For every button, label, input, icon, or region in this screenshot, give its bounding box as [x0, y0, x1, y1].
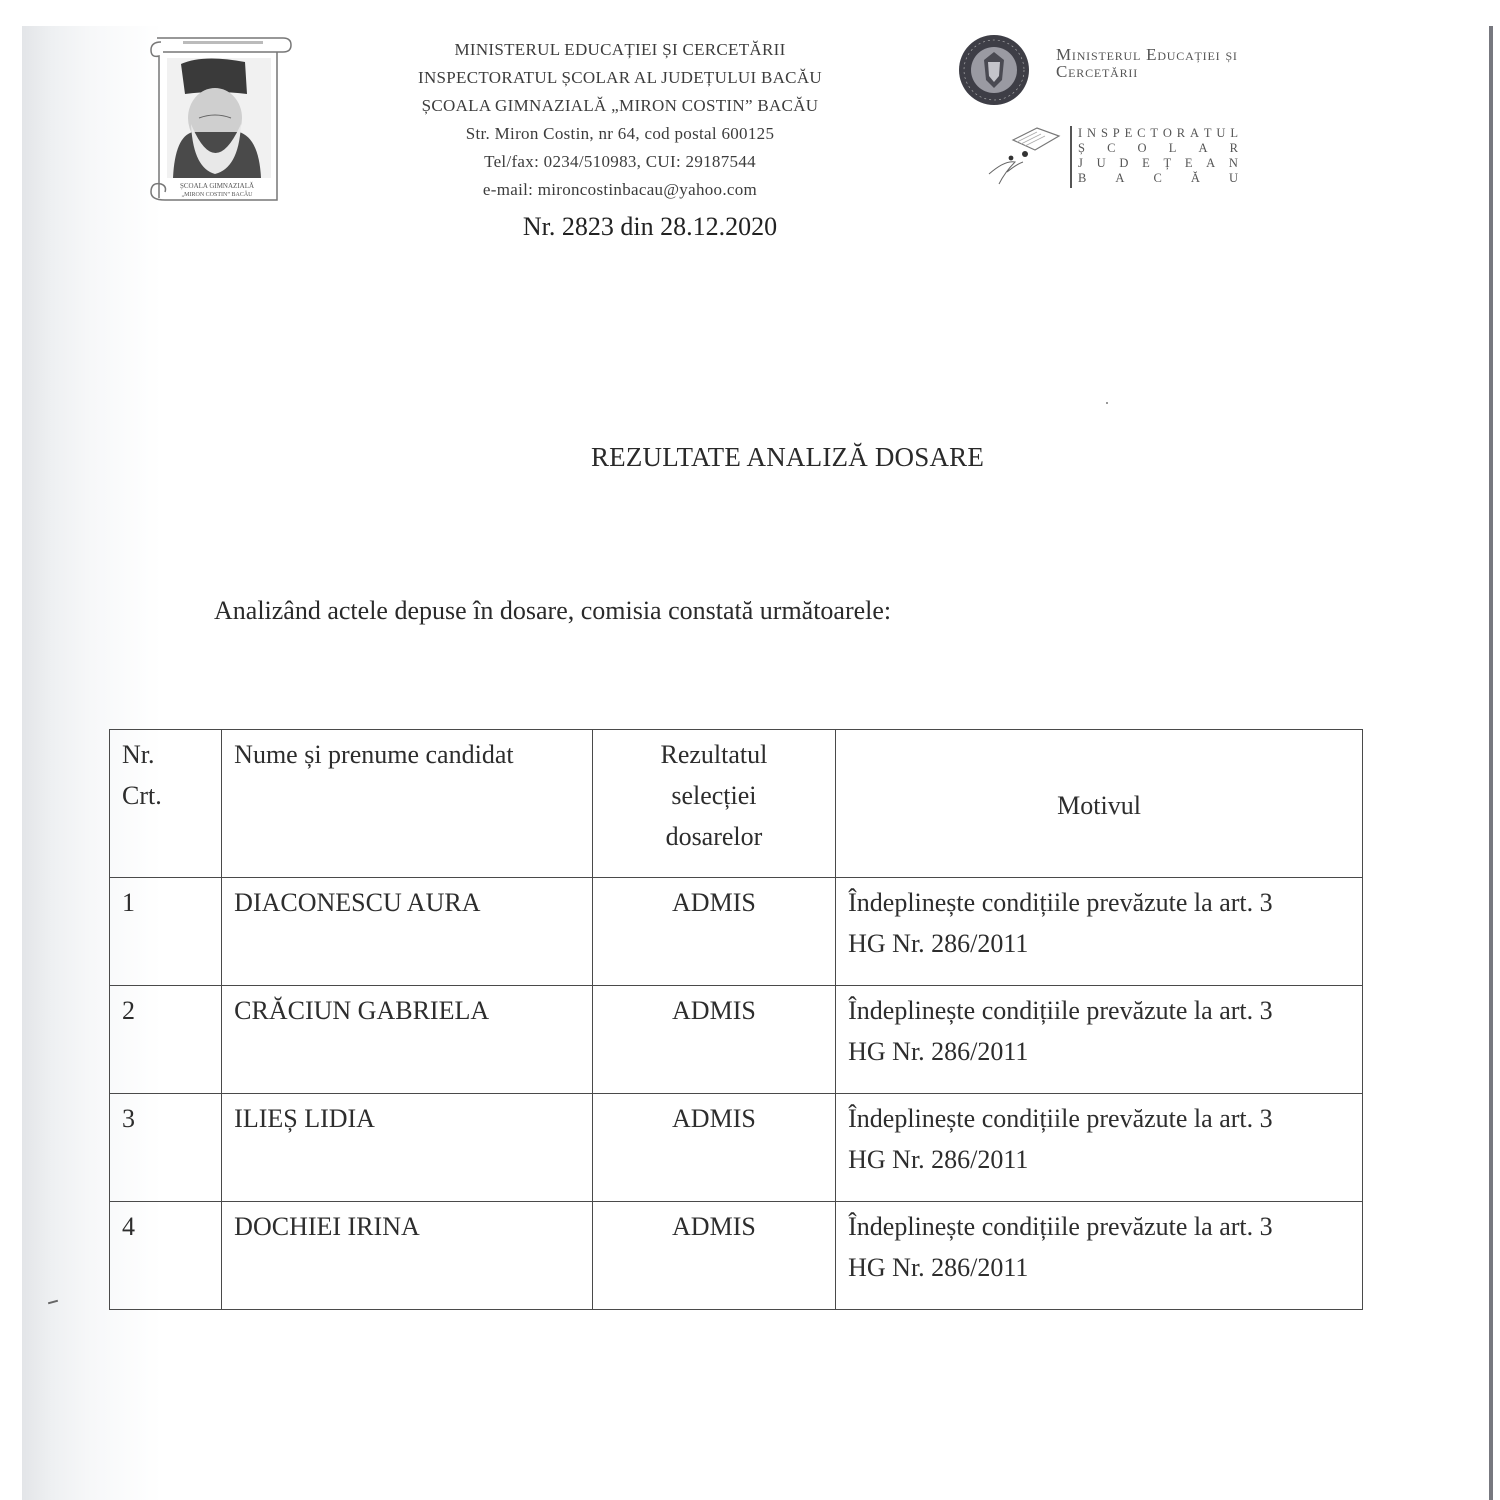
ministry-logo-text: Ministerul Educației și Cercetării: [1056, 46, 1238, 80]
column-header-reason: Motivul: [836, 730, 1363, 878]
government-seal-icon: [958, 34, 1030, 106]
cell-selection-result: ADMIS: [592, 1202, 835, 1310]
school-portrait-logo-icon: ȘCOALA GIMNAZIALĂ „MIRON COSTIN” BACĂU: [143, 32, 293, 204]
table-header-row: Nr. Crt. Nume și prenume candidat Rezult…: [110, 730, 1363, 878]
scan-artifact: [1106, 402, 1108, 404]
inspectorate-logo-line: INSPECTORATUL: [1078, 126, 1238, 141]
letterhead-phone: Tel/fax: 0234/510983, CUI: 29187544: [320, 148, 920, 176]
cell-selection-result: ADMIS: [592, 878, 835, 986]
document-number: Nr. 2823 din 28.12.2020: [420, 212, 880, 242]
table-row: 2CRĂCIUN GABRIELAADMISÎndeplinește condi…: [110, 986, 1363, 1094]
results-table: Nr. Crt. Nume și prenume candidat Rezult…: [109, 729, 1363, 1310]
table-row: 4DOCHIEI IRINAADMISÎndeplinește condiții…: [110, 1202, 1363, 1310]
column-header-selection-result: Rezultatul selecției dosarelor: [592, 730, 835, 878]
inspectorate-logo-divider: [1070, 126, 1072, 188]
cell-selection-result: ADMIS: [592, 1094, 835, 1202]
letterhead-inspectorate: INSPECTORATUL ȘCOLAR AL JUDEȚULUI BACĂU: [320, 64, 920, 92]
inspectorate-book-icon: [985, 122, 1065, 186]
cell-number: 1: [110, 878, 222, 986]
column-header-number: Nr. Crt.: [110, 730, 222, 878]
cell-number: 3: [110, 1094, 222, 1202]
cell-candidate-name: DOCHIEI IRINA: [222, 1202, 593, 1310]
svg-text:ȘCOALA GIMNAZIALĂ: ȘCOALA GIMNAZIALĂ: [180, 182, 254, 190]
table-row: 1DIACONESCU AURAADMISÎndeplinește condiț…: [110, 878, 1363, 986]
letterhead-email: e-mail: mironcostinbacau@yahoo.com: [320, 176, 920, 204]
letterhead-address: Str. Miron Costin, nr 64, cod postal 600…: [320, 120, 920, 148]
inspectorate-logo-line: BACĂU: [1078, 171, 1238, 186]
letterhead-ministry: MINISTERUL EDUCAȚIEI ȘI CERCETĂRII: [320, 36, 920, 64]
table-row: 3ILIEȘ LIDIAADMISÎndeplinește condițiile…: [110, 1094, 1363, 1202]
cell-reason: Îndeplinește condițiile prevăzute la art…: [836, 1202, 1363, 1310]
cell-candidate-name: ILIEȘ LIDIA: [222, 1094, 593, 1202]
svg-text:„MIRON COSTIN” BACĂU: „MIRON COSTIN” BACĂU: [182, 190, 254, 198]
cell-candidate-name: DIACONESCU AURA: [222, 878, 593, 986]
cell-reason: Îndeplinește condițiile prevăzute la art…: [836, 986, 1363, 1094]
school-letterhead: MINISTERUL EDUCAȚIEI ȘI CERCETĂRII INSPE…: [320, 36, 920, 204]
letterhead-school: ȘCOALA GIMNAZIALĂ „MIRON COSTIN” BACĂU: [320, 92, 920, 120]
inspectorate-logo-line: ȘCOLAR: [1078, 141, 1238, 156]
cell-selection-result: ADMIS: [592, 986, 835, 1094]
cell-reason: Îndeplinește condițiile prevăzute la art…: [836, 1094, 1363, 1202]
scan-edge-shadow: [1489, 26, 1493, 1500]
inspectorate-logo-line: JUDEȚEAN: [1078, 156, 1238, 171]
intro-paragraph: Analizând actele depuse în dosare, comis…: [214, 596, 891, 626]
document-title: REZULTATE ANALIZĂ DOSARE: [400, 442, 1175, 473]
cell-number: 4: [110, 1202, 222, 1310]
column-header-candidate-name: Nume și prenume candidat: [222, 730, 593, 878]
cell-candidate-name: CRĂCIUN GABRIELA: [222, 986, 593, 1094]
cell-number: 2: [110, 986, 222, 1094]
cell-reason: Îndeplinește condițiile prevăzute la art…: [836, 878, 1363, 986]
inspectorate-logo-text: INSPECTORATULȘCOLARJUDEȚEANBACĂU: [1078, 126, 1238, 186]
